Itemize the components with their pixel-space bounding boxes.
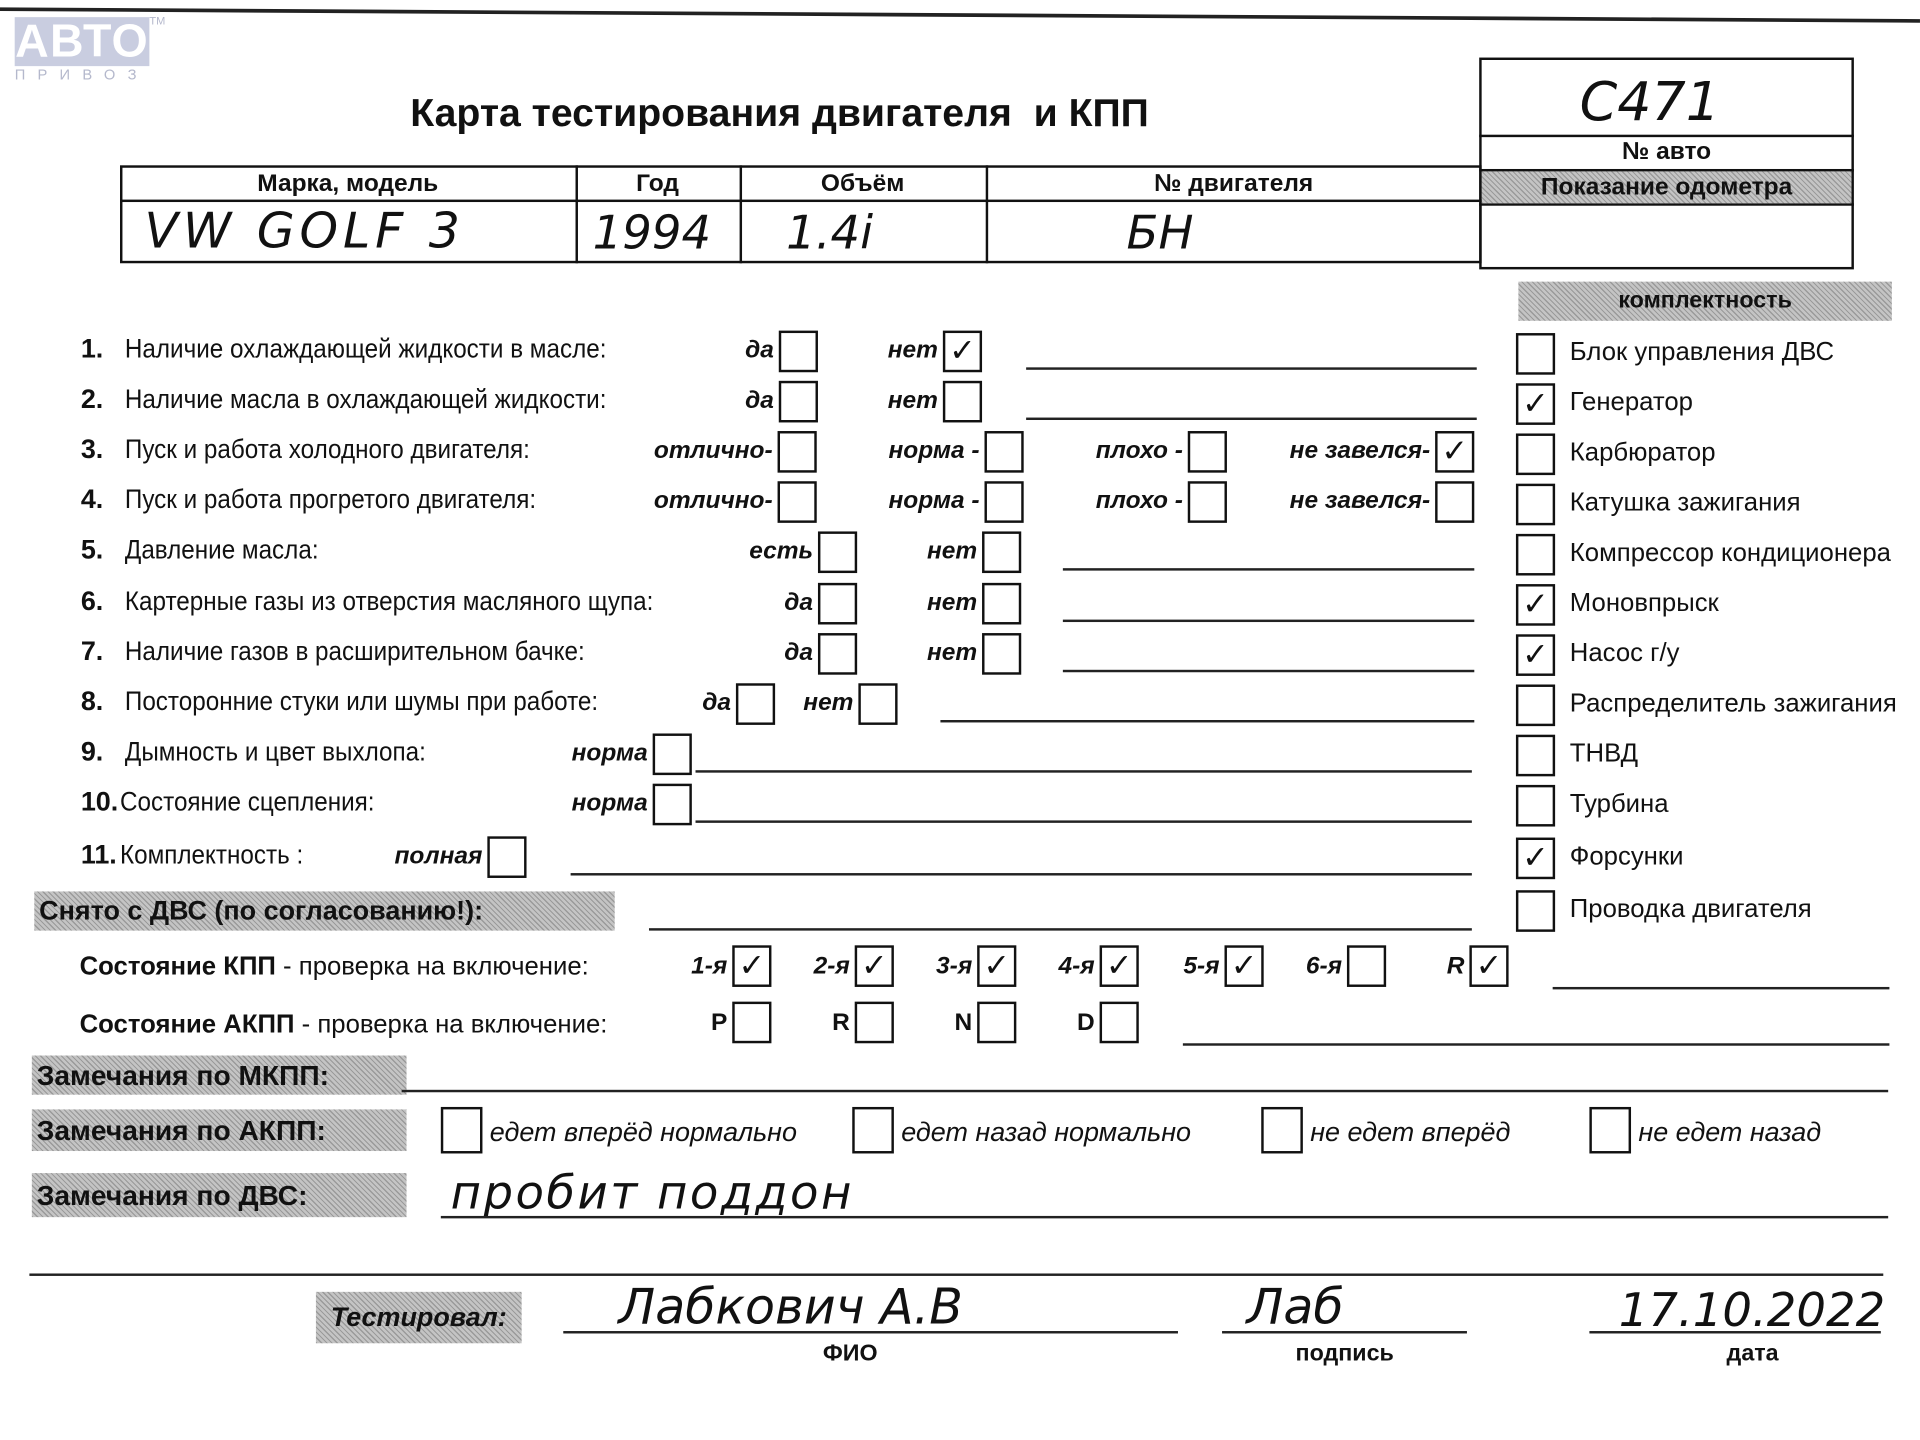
option-label: норма - — [789, 487, 980, 515]
engine-no-value[interactable]: БН — [1127, 206, 1194, 260]
akpp-remark-checkbox[interactable] — [1589, 1107, 1631, 1154]
kit-checkbox[interactable] — [1516, 735, 1555, 777]
check-number: 6. — [81, 585, 103, 617]
kit-checkbox[interactable]: ✓ — [1516, 584, 1555, 626]
car-id-label: № авто — [1479, 138, 1854, 166]
option-label: полная — [291, 842, 482, 870]
gear-label: 5-я — [1127, 953, 1220, 981]
notes-line[interactable] — [1063, 620, 1474, 622]
header-volume: Объём — [740, 170, 986, 198]
kit-item-label: Проводка двигателя — [1570, 895, 1812, 924]
option-label: нет — [786, 589, 977, 617]
kit-checkbox[interactable] — [1516, 684, 1555, 726]
mkpp-remarks-label: Замечания по МКПП: — [32, 1056, 407, 1095]
name-caption: ФИО — [823, 1341, 878, 1368]
kit-checkbox[interactable] — [1516, 785, 1555, 827]
checkbox-11-1[interactable] — [487, 836, 526, 878]
checkbox-1-2[interactable]: ✓ — [943, 331, 982, 373]
signature-line — [1222, 1331, 1467, 1333]
auto-gear-label: P — [634, 1009, 727, 1037]
engine-remarks-label: Замечания по ДВС: — [32, 1173, 407, 1217]
kit-item-label: Моновпрыск — [1570, 589, 1719, 618]
check-number: 10. — [81, 786, 118, 818]
logo: АВТО — [15, 17, 150, 66]
gear-label: 6-я — [1249, 953, 1342, 981]
check-number: 3. — [81, 433, 103, 465]
akpp-remark-checkbox[interactable] — [852, 1107, 894, 1154]
check-label: Пуск и работа холодного двигателя: — [125, 433, 530, 465]
odometer-label: Показание одометра — [1482, 171, 1852, 203]
auto-gear-label: R — [757, 1009, 850, 1037]
kit-item-label: Насос г/у — [1570, 639, 1680, 668]
checkbox-9-1[interactable] — [653, 733, 692, 775]
mkpp-remarks-line[interactable] — [402, 1090, 1889, 1092]
gear-label: 3-я — [879, 953, 972, 981]
check-number: 4. — [81, 484, 103, 516]
check-label: Посторонние стуки или шумы при работе: — [125, 686, 598, 718]
manual-gear-notes-line[interactable] — [1553, 987, 1890, 989]
option-label: нет — [747, 337, 938, 365]
check-label: Наличие охлаждающей жидкости в масле: — [125, 333, 607, 365]
akpp-remarks-label: Замечания по АКПП: — [32, 1109, 407, 1151]
date-line — [1589, 1331, 1880, 1333]
notes-line[interactable] — [940, 720, 1474, 722]
checkbox-4-3[interactable] — [1188, 481, 1227, 523]
removed-line[interactable] — [649, 928, 1472, 930]
checkbox-10-1[interactable] — [653, 784, 692, 826]
check-label: Дымность и цвет выхлопа: — [125, 736, 426, 768]
car-id-value[interactable]: C471 — [1580, 71, 1720, 133]
option-label: норма — [457, 790, 648, 818]
check-number: 5. — [81, 534, 103, 566]
kit-checkbox[interactable]: ✓ — [1516, 634, 1555, 676]
kit-item-label: Турбина — [1570, 790, 1669, 819]
date-caption: дата — [1727, 1341, 1779, 1368]
option-label: норма — [457, 740, 648, 768]
model-value[interactable]: VW GOLF 3 — [144, 203, 464, 259]
akpp-remark-label: едет назад нормально — [901, 1117, 1191, 1149]
option-label: не завелся- — [1239, 437, 1430, 465]
option-label: да — [583, 337, 774, 365]
checkbox-2-2[interactable] — [943, 381, 982, 423]
checkbox-3-3[interactable] — [1188, 431, 1227, 473]
kit-item-label: Распределитель зажигания — [1570, 689, 1897, 718]
volume-value[interactable]: 1.4i — [786, 206, 873, 260]
checkbox-4-4[interactable] — [1435, 481, 1474, 523]
notes-line[interactable] — [571, 873, 1472, 875]
kit-checkbox[interactable]: ✓ — [1516, 838, 1555, 880]
gear-label: 2-я — [757, 953, 850, 981]
engine-remarks-value[interactable]: пробит поддон — [451, 1166, 854, 1220]
akpp-remark-checkbox[interactable] — [1261, 1107, 1303, 1154]
name-line — [563, 1331, 1178, 1333]
notes-line[interactable] — [1026, 367, 1477, 369]
option-label: норма - — [789, 437, 980, 465]
logo-subtitle: ПРИВОЗ — [15, 66, 149, 83]
date-value[interactable]: 17.10.2022 — [1619, 1283, 1885, 1337]
checkbox-3-4[interactable]: ✓ — [1435, 431, 1474, 473]
akpp-remark-checkbox[interactable] — [441, 1107, 483, 1154]
kit-checkbox[interactable] — [1516, 433, 1555, 475]
kit-checkbox[interactable] — [1516, 890, 1555, 932]
option-label: да — [622, 589, 813, 617]
header-engine-no: № двигателя — [986, 170, 1482, 198]
option-label: нет — [786, 538, 977, 566]
option-label: не завелся- — [1239, 487, 1430, 515]
notes-line[interactable] — [696, 770, 1472, 772]
checkbox-7-2[interactable] — [982, 633, 1021, 675]
manual-gearbox-label: Состояние КПП - проверка на включение: — [80, 953, 589, 982]
header-year: Год — [576, 170, 740, 198]
option-label: нет — [747, 387, 938, 415]
auto-gear-label: D — [1002, 1009, 1095, 1037]
check-number: 2. — [81, 383, 103, 415]
check-label: Наличие газов в расширительном бачке: — [125, 636, 585, 668]
scan-edge-line — [0, 7, 1920, 22]
checkbox-6-2[interactable] — [982, 583, 1021, 625]
kit-item-label: Генератор — [1570, 388, 1693, 417]
kit-item-label: Компрессор кондиционера — [1570, 539, 1891, 568]
option-label: нет — [662, 689, 853, 717]
option-label: плохо - — [992, 437, 1183, 465]
check-number: 1. — [81, 333, 103, 365]
logo-trademark: TM — [149, 15, 165, 27]
kit-checkbox[interactable]: ✓ — [1516, 383, 1555, 425]
kit-checkbox[interactable] — [1516, 534, 1555, 576]
option-label: есть — [622, 538, 813, 566]
gear-label: R — [1371, 953, 1464, 981]
option-label: плохо - — [992, 487, 1183, 515]
engine-remarks-line — [441, 1216, 1888, 1218]
signature-caption: подпись — [1296, 1341, 1394, 1368]
manual-gear-checkbox[interactable]: ✓ — [1469, 945, 1508, 987]
signature-value[interactable]: Лаб — [1247, 1280, 1344, 1336]
footer-divider — [29, 1273, 1883, 1275]
check-label: Наличие масла в охлаждающей жидкости: — [125, 383, 607, 415]
auto-gear-checkbox[interactable] — [1100, 1002, 1139, 1044]
auto-gear-label: N — [879, 1009, 972, 1037]
header-model: Марка, модель — [120, 170, 576, 198]
gear-label: 1-я — [634, 953, 727, 981]
kit-header: комплектность — [1518, 282, 1891, 321]
kit-item-label: Катушка зажигания — [1570, 489, 1801, 518]
check-number: 9. — [81, 736, 103, 768]
notes-line[interactable] — [1026, 418, 1477, 420]
gear-label: 4-я — [1002, 953, 1095, 981]
akpp-remark-label: едет вперёд нормально — [490, 1117, 797, 1149]
page-title: Карта тестирования двигателя и КПП — [410, 91, 1149, 136]
option-label: отлично- — [582, 437, 773, 465]
kit-item-label: Карбюратор — [1570, 438, 1716, 467]
option-label: да — [622, 639, 813, 667]
notes-line[interactable] — [1063, 670, 1474, 672]
check-number: 11. — [81, 839, 117, 871]
notes-line[interactable] — [1063, 568, 1474, 570]
year-value[interactable]: 1994 — [593, 206, 711, 260]
kit-item-label: Блок управления ДВС — [1570, 338, 1834, 367]
check-label: Пуск и работа прогретого двигателя: — [125, 484, 536, 516]
kit-checkbox[interactable] — [1516, 333, 1555, 375]
check-label: Состояние сцепления: — [120, 786, 375, 818]
auto-gear-notes-line[interactable] — [1183, 1043, 1890, 1045]
check-label: Давление масла: — [125, 534, 319, 566]
check-label: Картерные газы из отверстия масляного щу… — [125, 585, 654, 617]
akpp-remark-label: не едет назад — [1638, 1117, 1821, 1149]
akpp-remark-label: не едет вперёд — [1310, 1117, 1510, 1149]
tested-by-label: Тестировал: — [316, 1292, 522, 1343]
engine-test-card: АВТО TM ПРИВОЗ Карта тестирования двигат… — [0, 0, 1920, 1440]
checkbox-5-2[interactable] — [982, 531, 1021, 573]
check-number: 8. — [81, 686, 103, 718]
check-label: Комплектность : — [120, 839, 303, 871]
checkbox-8-2[interactable] — [858, 683, 897, 725]
kit-item-label: Форсунки — [1570, 842, 1684, 871]
check-number: 7. — [81, 636, 103, 668]
auto-gearbox-label: Состояние АКПП - проверка на включение: — [80, 1010, 608, 1039]
kit-checkbox[interactable] — [1516, 484, 1555, 526]
removed-label: Снято с ДВС (по согласованию!): — [34, 891, 614, 930]
option-label: отлично- — [582, 487, 773, 515]
option-label: да — [583, 387, 774, 415]
kit-item-label: ТНВД — [1570, 740, 1638, 769]
tester-name-value[interactable]: Лабкович А.В — [618, 1280, 962, 1336]
option-label: нет — [786, 639, 977, 667]
odometer-field[interactable] — [1484, 206, 1849, 267]
notes-line[interactable] — [696, 820, 1472, 822]
